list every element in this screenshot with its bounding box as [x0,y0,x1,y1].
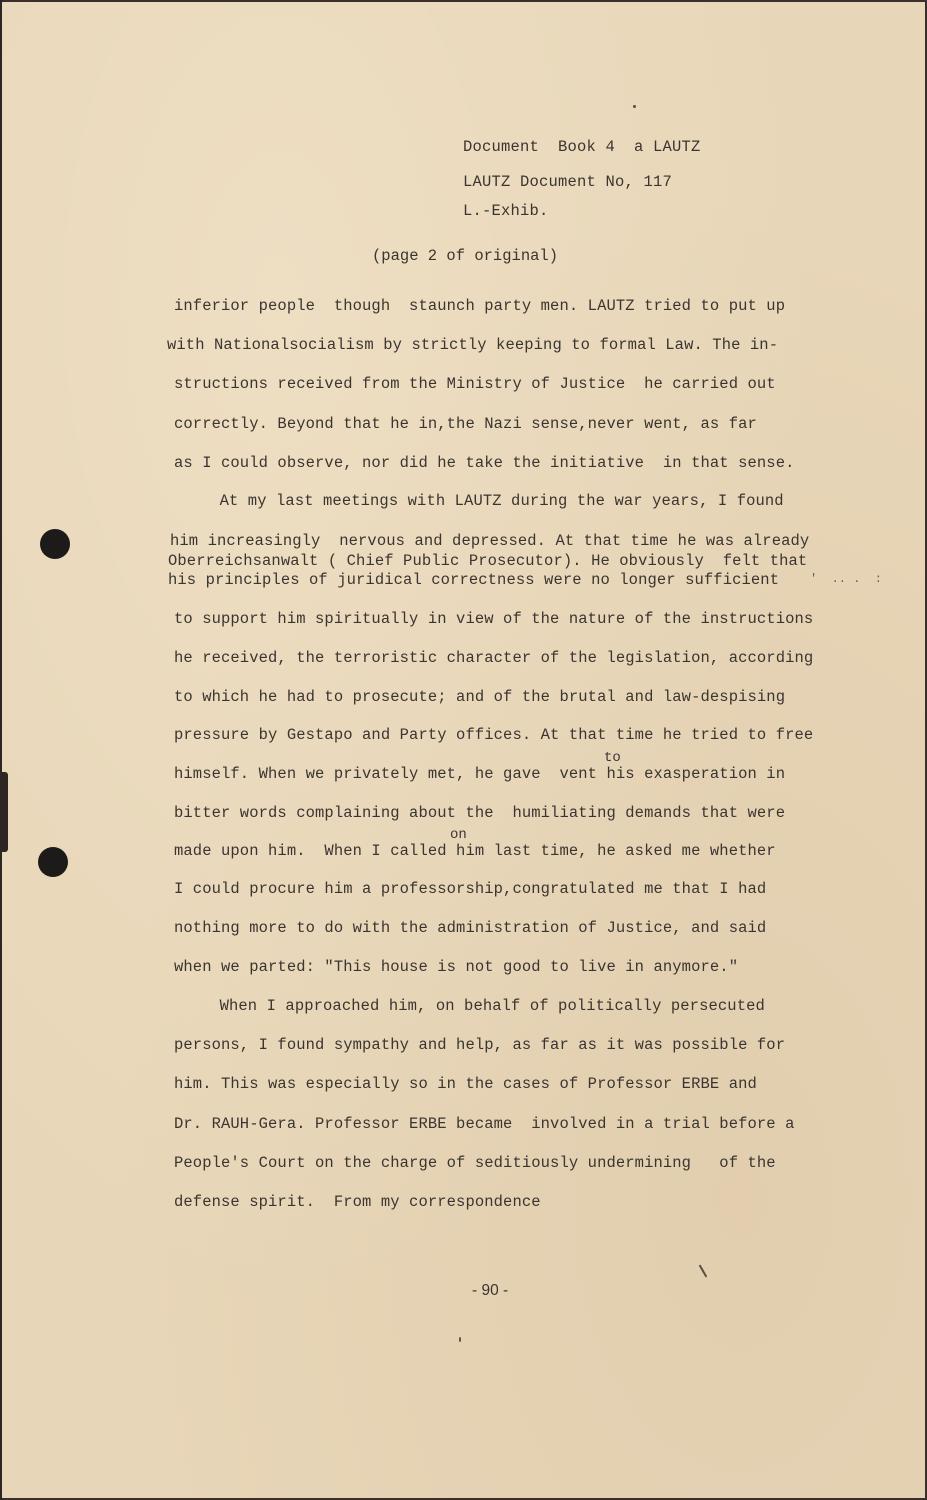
body-line: he received, the terroristic character o… [174,649,813,667]
body-line: him. This was especially so in the cases… [174,1075,757,1093]
body-line: correctly. Beyond that he in,the Nazi se… [174,415,757,433]
body-line: bitter words complaining about the humil… [174,804,785,822]
paper-speck [459,1337,461,1342]
paper-speck [633,105,636,108]
body-line: nothing more to do with the administrati… [174,919,766,937]
body-line: persons, I found sympathy and help, as f… [174,1036,785,1054]
body-line: inferior people though staunch party men… [174,297,785,315]
interlinear-insertion-on: on [450,827,467,843]
document-book-reference: Document Book 4 a LAUTZ [463,138,701,156]
body-line: made upon him. When I called him last ti… [174,842,776,860]
body-line: People's Court on the charge of seditiou… [174,1154,776,1172]
interlinear-insertion-to: to [604,750,621,766]
body-line: structions received from the Ministry of… [174,375,776,393]
body-line: pressure by Gestapo and Party offices. A… [174,726,813,744]
body-line: his principles of juridical correctness … [168,571,779,589]
document-number: LAUTZ Document No, 117 [463,173,672,191]
page-of-original: (page 2 of original) [372,247,558,265]
body-line: When I approached him, on behalf of poli… [182,997,765,1015]
body-line: himself. When we privately met, he gave … [174,765,785,783]
body-line: Oberreichsanwalt ( Chief Public Prosecut… [168,552,807,570]
exhibit-label: L.-Exhib. [463,202,549,220]
body-line: At my last meetings with LAUTZ during th… [182,492,784,510]
body-line: Dr. RAUH-Gera. Professor ERBE became inv… [174,1115,795,1133]
body-line: I could procure him a professorship,cong… [174,880,766,898]
paper-speck [699,1264,708,1277]
margin-smudge: ' .. . : [810,572,882,586]
page-number: - 90 - [472,1282,508,1300]
binder-mark [2,772,8,852]
punch-hole-bottom [38,847,68,877]
document-page: Document Book 4 a LAUTZ LAUTZ Document N… [2,2,925,1498]
body-line: with Nationalsocialism by strictly keepi… [167,336,778,354]
punch-hole-top [40,529,70,559]
body-line: as I could observe, nor did he take the … [174,454,795,472]
body-line: to which he had to prosecute; and of the… [174,688,785,706]
body-line: when we parted: "This house is not good … [174,958,738,976]
body-line: to support him spiritually in view of th… [174,610,813,628]
body-line: defense spirit. From my correspondence [174,1193,541,1211]
body-line: him increasingly nervous and depressed. … [170,532,809,550]
